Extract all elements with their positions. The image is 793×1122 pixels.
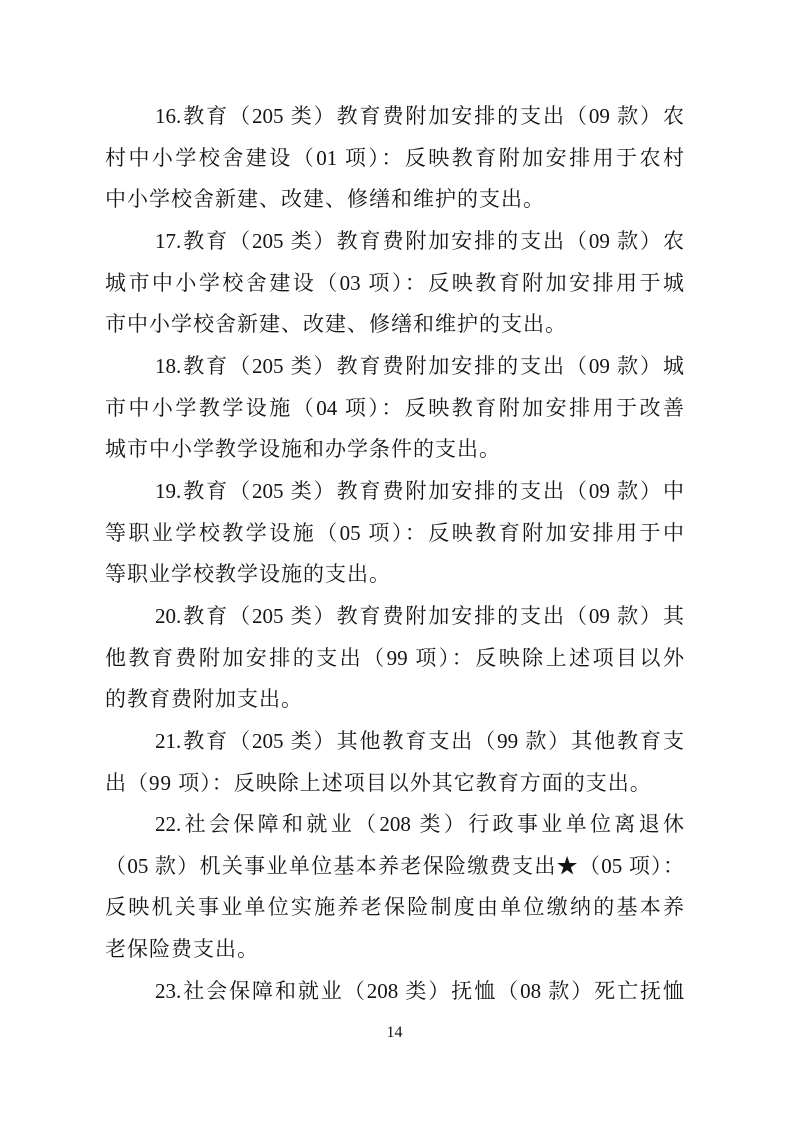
paragraph-18: 18.教育（205 类）教育费附加安排的支出（09 款）城 市中小学教学设施（0…: [105, 346, 684, 471]
paragraph-20: 20.教育（205 类）教育费附加安排的支出（09 款）其 他教育费附加安排的支…: [105, 596, 684, 721]
paragraph-16: 16.教育（205 类）教育费附加安排的支出（09 款）农 村中小学校舍建设（0…: [105, 96, 684, 221]
paragraph-line: 19.教育（205 类）教育费附加安排的支出（09 款）中: [105, 471, 684, 513]
paragraph-line: 市中小学教学设施（04 项）：反映教育附加安排用于改善: [105, 388, 684, 430]
paragraph-line: 等职业学校教学设施（05 项）：反映教育附加安排用于中: [105, 513, 684, 555]
paragraph-line: 21.教育（205 类）其他教育支出（99 款）其他教育支: [105, 721, 684, 763]
paragraph-line: 等职业学校教学设施的支出。: [105, 554, 684, 596]
page-number: 14: [105, 1024, 684, 1042]
paragraph-line: 23.社会保障和就业（208 类）抚恤（08 款）死亡抚恤: [105, 971, 684, 1013]
paragraph-line: （05 款）机关事业单位基本养老保险缴费支出★（05 项）：: [105, 846, 684, 888]
paragraph-23: 23.社会保障和就业（208 类）抚恤（08 款）死亡抚恤: [105, 971, 684, 1013]
paragraph-line: 城市中小学教学设施和办学条件的支出。: [105, 429, 684, 471]
paragraph-line: 20.教育（205 类）教育费附加安排的支出（09 款）其: [105, 596, 684, 638]
paragraph-line: 出（99 项）：反映除上述项目以外其它教育方面的支出。: [105, 763, 684, 805]
paragraph-line: 城市中小学校舍建设（03 项）：反映教育附加安排用于城: [105, 263, 684, 305]
paragraph-line: 的教育费附加支出。: [105, 679, 684, 721]
paragraph-line: 17.教育（205 类）教育费附加安排的支出（09 款）农: [105, 221, 684, 263]
paragraph-19: 19.教育（205 类）教育费附加安排的支出（09 款）中 等职业学校教学设施（…: [105, 471, 684, 596]
paragraph-line: 村中小学校舍建设（01 项）：反映教育附加安排用于农村: [105, 138, 684, 180]
paragraph-line: 中小学校舍新建、改建、修缮和维护的支出。: [105, 179, 684, 221]
paragraph-17: 17.教育（205 类）教育费附加安排的支出（09 款）农 城市中小学校舍建设（…: [105, 221, 684, 346]
paragraph-line: 反映机关事业单位实施养老保险制度由单位缴纳的基本养: [105, 887, 684, 929]
paragraph-line: 22.社会保障和就业（208 类）行政事业单位离退休: [105, 804, 684, 846]
paragraph-line: 老保险费支出。: [105, 929, 684, 971]
paragraph-22: 22.社会保障和就业（208 类）行政事业单位离退休 （05 款）机关事业单位基…: [105, 804, 684, 971]
body-text: 16.教育（205 类）教育费附加安排的支出（09 款）农 村中小学校舍建设（0…: [105, 96, 684, 1012]
paragraph-line: 18.教育（205 类）教育费附加安排的支出（09 款）城: [105, 346, 684, 388]
paragraph-line: 他教育费附加安排的支出（99 项）：反映除上述项目以外: [105, 638, 684, 680]
paragraph-line: 16.教育（205 类）教育费附加安排的支出（09 款）农: [105, 96, 684, 138]
paragraph-21: 21.教育（205 类）其他教育支出（99 款）其他教育支 出（99 项）：反映…: [105, 721, 684, 804]
document-page: 16.教育（205 类）教育费附加安排的支出（09 款）农 村中小学校舍建设（0…: [0, 0, 793, 1122]
paragraph-line: 市中小学校舍新建、改建、修缮和维护的支出。: [105, 304, 684, 346]
